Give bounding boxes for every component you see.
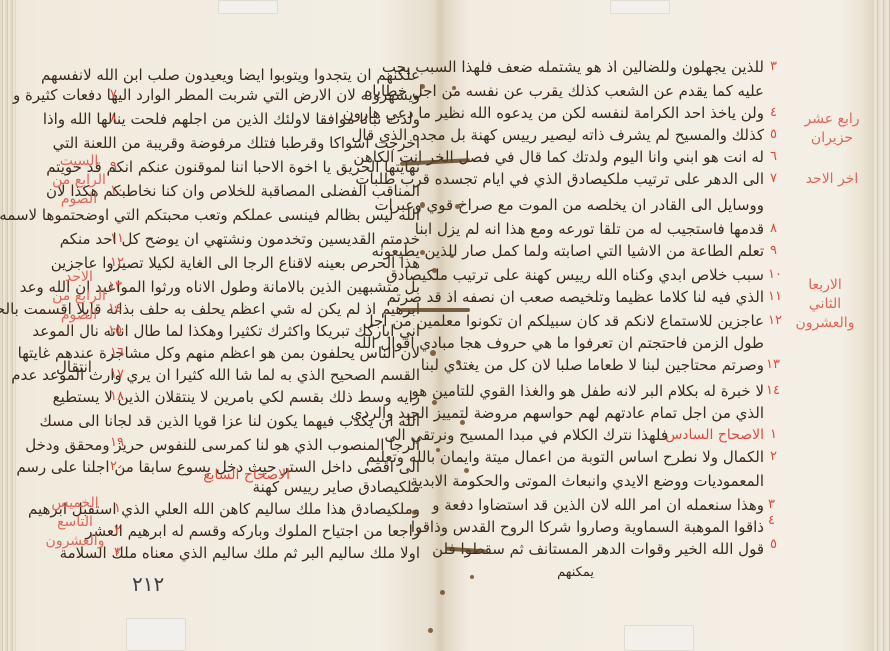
text-line: تعلم الطاعة من الاشيا التي اصابته ولما ك… [372, 240, 764, 262]
verse-number: ٧ [110, 84, 117, 106]
paper-tab-top [610, 0, 670, 14]
ink-stain [460, 420, 465, 425]
ink-stain [455, 204, 460, 209]
verse-number: ٩ [770, 240, 777, 262]
ink-stain [450, 254, 454, 258]
text-line: عاجزين للاستماع لانكم قد كان سبيلكم ان ت… [363, 310, 764, 332]
right-text-block: للذين يجهلون وللضالين اذ هو يشتمله ضعف ف… [464, 56, 764, 596]
ink-stain [470, 575, 474, 579]
verse-number: ٣ [114, 542, 121, 564]
margin-note-lectionary: الاربعا الثاني والعشرون [790, 276, 860, 333]
margin-note-lectionary: الاحد الرابع من الصوم [48, 268, 110, 325]
text-line: راجعا من اجتياح الملوك وباركه وقسم له اب… [85, 520, 420, 542]
text-line: فلهذا نترك الكلام في مبدا المسيح ونرتقي … [384, 424, 668, 446]
chapter-rubric: الاصحاح السابع [203, 464, 290, 486]
text-line: ووسايل الى القادر ان يخلصه من الموت مع ص… [374, 194, 764, 216]
margin-note-transition: انتقال [44, 358, 104, 377]
ink-stain [420, 84, 425, 89]
text-line: قدمها فاستجيب له من تلقا تورعه ومع هذا ا… [415, 218, 764, 240]
text-line: ولن ياخذ احد الكرامة لنفسه لكن من يدعوه … [343, 102, 764, 124]
paper-tab-top [218, 0, 278, 14]
text-line: سبب خلاص ابدي وكناه الله رييس كهنة على ت… [386, 264, 764, 286]
ink-stain [436, 448, 440, 452]
verse-number: ١٢ [768, 310, 782, 332]
text-line: طول الزمن فاحتجتم ان تعرفوا ما هي حروف ه… [354, 332, 764, 354]
ink-stain [440, 590, 445, 595]
margin-note-lectionary: رابع عشر حزيران [802, 110, 862, 148]
verse-number: ١٢ [110, 252, 124, 274]
ink-stain [428, 628, 433, 633]
text-line: وصرتم محتاجين لبنا لا طعاما صلبا لان كل … [421, 354, 764, 376]
verse-number: ١٣ [766, 354, 780, 376]
ink-stain [464, 468, 469, 473]
text-line: علكنهم ان يتجدوا ويتوبوا ايضا ويعيدون صل… [41, 64, 420, 86]
right-page: للذين يجهلون وللضالين اذ هو يشتمله ضعف ف… [440, 0, 890, 651]
ink-stain [430, 350, 436, 356]
text-line: عليه كما يقدم عن الشعب كذلك يقرب عن نفسه… [364, 80, 764, 102]
verse-number: ١٤ [108, 298, 122, 320]
verse-number: ٤ [770, 102, 777, 124]
text-line: الذي من اجل تمام عادتهم لهم حواسهم مروضة… [351, 402, 764, 424]
margin-note-lectionary: الخميس التاسع والعشرون [42, 494, 108, 551]
folio-number: ٢١٢ [132, 572, 164, 596]
text-line: كذلك والمسيح لم يشرف ذاته ليصير رييس كهن… [352, 124, 765, 146]
paper-tab-bottom [126, 618, 186, 651]
verse-number: ١٣ [108, 276, 122, 298]
margin-note-lectionary: اخر الاحد [802, 170, 862, 189]
verse-number: ١٠ [768, 264, 782, 286]
verse-number: ١٤ [766, 380, 780, 402]
text-line: الكمال ولا نطرح اساس التوبة من اعمال ميت… [366, 446, 764, 468]
text-line: الى الدهر على ترتيب ملكيصادق الذي في ايا… [355, 168, 764, 190]
verse-number: ١٠ [110, 180, 124, 202]
verse-number: ٤ [768, 510, 775, 532]
verse-number: ١٩ [110, 432, 124, 454]
verse-number: ١٧ [110, 364, 124, 386]
text-line: للذين يجهلون وللضالين اذ هو يشتمله ضعف ف… [382, 56, 764, 78]
text-line: المعموديات ووضع الايدي وانبعاث الموتى وا… [410, 470, 764, 492]
ink-stain [412, 510, 417, 515]
verse-number: ٥ [770, 534, 777, 556]
verse-number: ١ [770, 424, 777, 446]
text-line: ذاقوا الموهبة السماوية وصاروا شركا الروح… [411, 516, 764, 538]
verse-number: ٢٠ [110, 456, 124, 478]
ink-stain [456, 360, 461, 365]
verse-number: ٣ [770, 56, 777, 78]
verse-number: ٥ [770, 124, 777, 146]
ink-stain [452, 86, 456, 90]
ink-stain [432, 400, 437, 405]
right-page-edges [874, 0, 890, 651]
ink-stain [420, 250, 425, 255]
verse-number: ١١ [110, 228, 124, 250]
verse-number: ٨ [770, 218, 777, 240]
text-line: الرجا المنصوب الذي هو لنا كمرسى للنفوس ح… [25, 434, 420, 456]
verse-number: ٢ [770, 446, 777, 468]
verse-number: ٦ [770, 146, 777, 168]
text-line: الذي فيه لنا كلاما عظيما وتلخيصه صعب ان … [387, 286, 764, 308]
verse-number: ١٥ [108, 320, 122, 342]
verse-number: ٩ [110, 156, 117, 178]
paper-tab-bottom [624, 625, 694, 651]
ink-crease [400, 308, 470, 312]
verse-number: ٢ [114, 520, 121, 542]
ink-stain [420, 202, 425, 208]
manuscript-spread: علكنهم ان يتجدوا ويتوبوا ايضا ويعيدون صل… [0, 0, 890, 651]
margin-note-lectionary: السبت الرابع من الصوم [48, 152, 110, 209]
text-line: لا خبرة له بكلام البر لانه طفل هو والغذا… [412, 380, 764, 402]
verse-number: ٨ [110, 108, 117, 130]
verse-number: ١٨ [110, 386, 124, 408]
verse-number: ١١ [768, 286, 782, 308]
verse-number: ١ [114, 498, 121, 520]
verse-number: ١٦ [110, 342, 124, 364]
ink-stain [432, 268, 437, 273]
chapter-rubric: الاصحاح السادس [665, 424, 764, 446]
verse-number: ٧ [770, 168, 777, 190]
text-line: وهذا سنعمله ان امر الله لان الذين قد است… [432, 494, 764, 516]
catchword: يمكنهم [557, 562, 594, 584]
